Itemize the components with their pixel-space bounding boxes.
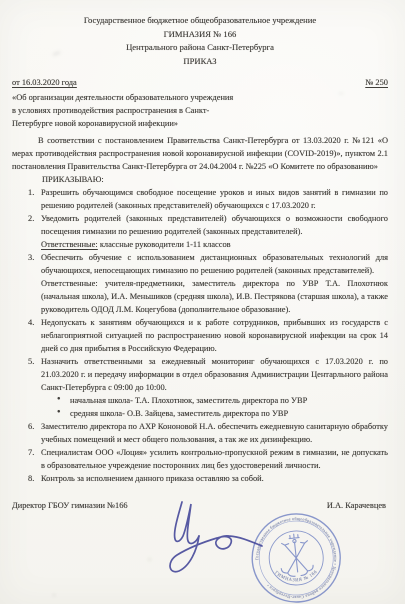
date-number-row: от 16.03.2020 года № 250 [12, 76, 388, 89]
responsible-line: Ответственные: учителя-предметники, заме… [41, 277, 388, 316]
order-sub-bullets: начальная школа- Т.А. Плохотнюк, замести… [41, 394, 388, 420]
org-name-line2: ГИМНАЗИЯ № 166 [12, 28, 388, 42]
scan-smudge [148, 558, 151, 561]
scan-smudge [338, 92, 344, 95]
order-item-text: Заместителю директора по АХР Кононовой Н… [41, 422, 388, 444]
order-item: Недопускать к занятиям обучающихся и к р… [41, 316, 388, 355]
order-list: Разрешить обучающимся свободное посещени… [12, 186, 388, 485]
order-item-text: Разрешить обучающимся свободное посещени… [41, 188, 388, 210]
document-number: № 250 [365, 76, 388, 89]
responsible-names: классные руководители 1-11 классов [98, 240, 231, 249]
document-header: Государственное бюджетное общеобразовате… [12, 14, 388, 68]
document-type-title: ПРИКАЗ [12, 55, 388, 69]
preamble-paragraph: В соответствии с постановлением Правител… [12, 134, 388, 173]
responsible-line: Ответственные: классные руководители 1-1… [41, 238, 388, 251]
signer-position: Директор ГБОУ гимназии №166 [12, 499, 128, 512]
order-item-text: Назначить ответственными за ежедневный м… [41, 357, 388, 392]
order-sub-bullet: начальная школа- Т.А. Плохотнюк, замести… [70, 394, 388, 407]
handwritten-signature [152, 494, 292, 579]
document-date: от 16.03.2020 года [12, 76, 77, 89]
scan-smudge [52, 594, 56, 596]
resolve-word: ПРИКАЗЫВАЮ: [12, 173, 388, 186]
org-name-line3: Центрального района Санкт-Петербурга [12, 41, 388, 55]
order-item: Специалистам ООО «Лоция» усилить контрол… [41, 446, 388, 472]
org-name-line1: Государственное бюджетное общеобразовате… [12, 14, 388, 28]
order-item: Разрешить обучающимся свободное посещени… [41, 186, 388, 212]
document-subject: «Об организации деятельности образовател… [12, 91, 236, 130]
order-item: Контроль за исполнением данного приказа … [41, 472, 388, 485]
order-item-text: Обеспечить обучение с использованием дис… [41, 253, 388, 275]
responsible-label: Ответственные: [41, 240, 98, 249]
order-sub-bullet: средняя школа- О.В. Зайцева, заместитель… [70, 407, 388, 420]
order-item: Уведомить родителей (законных представит… [41, 212, 388, 251]
order-item-text: Уведомить родителей (законных представит… [41, 214, 388, 236]
order-item: Заместителю директора по АХР Кононовой Н… [41, 420, 388, 446]
order-item: Обеспечить обучение с использованием дис… [41, 251, 388, 316]
order-item-text: Контроль за исполнением данного приказа … [41, 474, 264, 483]
responsible-label: Ответственные: [41, 279, 98, 288]
order-item-text: Специалистам ООО «Лоция» усилить контрол… [41, 448, 388, 470]
order-item: Назначить ответственными за ежедневный м… [41, 355, 388, 420]
scanned-order-document: Государственное бюджетное общеобразовате… [0, 0, 405, 604]
order-item-text: Недопускать к занятиям обучающихся и к р… [41, 318, 388, 353]
